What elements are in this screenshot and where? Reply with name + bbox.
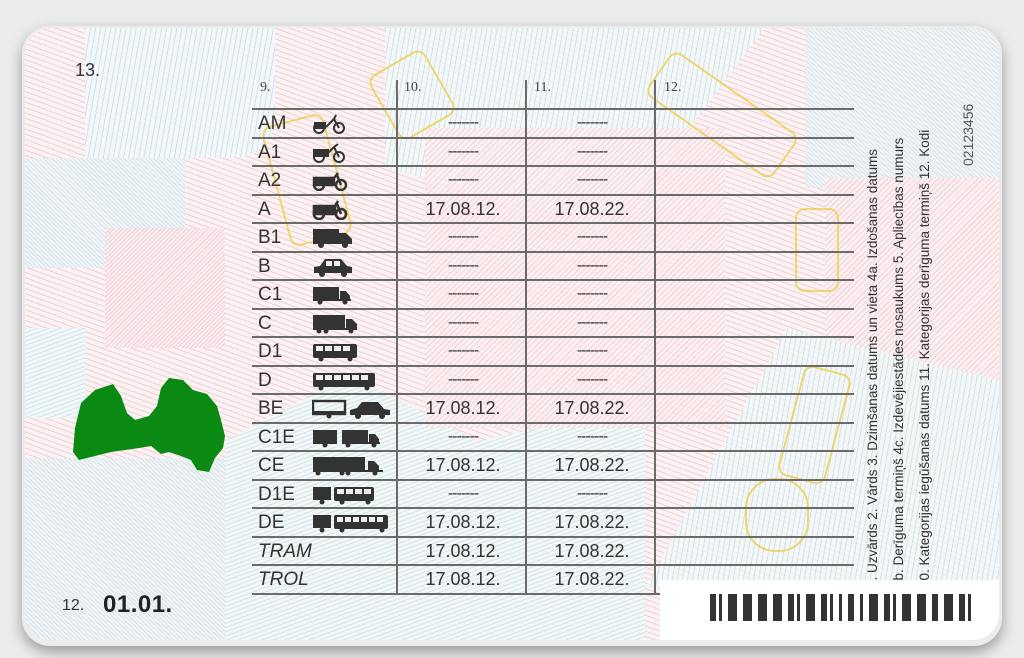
- table-row: A1--------------: [252, 137, 854, 166]
- category-code: CE: [258, 455, 284, 477]
- bus-icon: [312, 371, 376, 391]
- category-code: A2: [258, 170, 281, 192]
- truck-icon: [312, 314, 358, 334]
- category-code: A1: [258, 142, 281, 164]
- table-row: B1--------------: [252, 222, 854, 251]
- table-row: C1--------------: [252, 279, 854, 308]
- serial-number: 02123456: [960, 104, 976, 166]
- category-expiry-date: 17.08.22.: [528, 512, 656, 533]
- heavy-motorcycle-icon: [312, 200, 348, 220]
- table-row: AM--------------: [252, 108, 854, 137]
- category-issue-date: 17.08.12.: [399, 512, 527, 533]
- category-expiry-date: 17.08.22.: [528, 199, 656, 220]
- category-code: C1E: [258, 427, 295, 449]
- minibus-icon: [312, 342, 358, 362]
- category-code: D: [258, 370, 272, 392]
- barcode: [710, 594, 974, 621]
- bus-trailer-icon: [312, 513, 390, 533]
- category-expiry-date: -------: [528, 428, 656, 446]
- category-expiry-date: -------: [528, 342, 656, 360]
- car-icon: [312, 257, 354, 277]
- category-expiry-date: -------: [528, 143, 656, 161]
- table-row: BE17.08.12.17.08.22.: [252, 393, 854, 422]
- car-trailer-icon: [312, 399, 392, 419]
- column-divider: [654, 80, 656, 593]
- category-code: A: [258, 199, 271, 221]
- category-issue-date: -------: [399, 228, 527, 246]
- header-col-9: 9.: [260, 80, 271, 96]
- category-code: D1: [258, 341, 282, 363]
- field-12-label: 12.: [62, 597, 84, 615]
- category-issue-date: 17.08.12.: [399, 398, 527, 419]
- table-row: CE17.08.12.17.08.22.: [252, 450, 854, 479]
- category-expiry-date: -------: [528, 257, 656, 275]
- minibus-trailer-icon: [312, 485, 376, 505]
- category-code: B: [258, 256, 271, 278]
- category-issue-date: 17.08.12.: [399, 569, 527, 590]
- driving-licence-card-back: 13. 9. 10. 11. 12. AM--------------A1---…: [25, 28, 999, 640]
- category-issue-date: -------: [399, 257, 527, 275]
- table-row: A17.08.12.17.08.22.: [252, 194, 854, 223]
- category-code: TRAM: [258, 541, 312, 563]
- light-motorcycle-icon: [312, 143, 346, 163]
- category-issue-date: -------: [399, 371, 527, 389]
- column-divider: [525, 80, 527, 593]
- category-code: AM: [258, 113, 287, 135]
- table-row: C1E--------------: [252, 422, 854, 451]
- moped-icon: [312, 114, 346, 134]
- category-expiry-date: -------: [528, 314, 656, 332]
- table-row: D1--------------: [252, 336, 854, 365]
- category-code: DE: [258, 512, 284, 534]
- category-code: C1: [258, 284, 282, 306]
- category-code: B1: [258, 227, 281, 249]
- category-issue-date: -------: [399, 143, 527, 161]
- latvia-map-icon: [65, 368, 235, 478]
- quadricycle-icon: [312, 228, 354, 248]
- table-row: C--------------: [252, 308, 854, 337]
- table-row: A2--------------: [252, 165, 854, 194]
- table-row: D--------------: [252, 365, 854, 394]
- category-issue-date: -------: [399, 428, 527, 446]
- category-code: D1E: [258, 484, 295, 506]
- category-issue-date: -------: [399, 485, 527, 503]
- field-13-label: 13.: [75, 60, 100, 81]
- legend-line-2: 4b. Derīguma termiņš 4c. Izdevējiestādes…: [891, 138, 906, 588]
- light-truck-icon: [312, 285, 352, 305]
- category-issue-date: 17.08.12.: [399, 199, 527, 220]
- category-expiry-date: -------: [528, 114, 656, 132]
- table-row: D1E--------------: [252, 479, 854, 508]
- category-expiry-date: -------: [528, 285, 656, 303]
- category-expiry-date: -------: [528, 485, 656, 503]
- table-row: DE17.08.12.17.08.22.: [252, 507, 854, 536]
- light-truck-trailer-icon: [312, 428, 382, 448]
- category-code: BE: [258, 398, 283, 420]
- category-issue-date: -------: [399, 342, 527, 360]
- legend-line-3: 10. Kategorijas iegūšanas datums 11. Kat…: [917, 130, 932, 588]
- category-expiry-date: 17.08.22.: [528, 541, 656, 562]
- header-col-12: 12.: [664, 80, 682, 96]
- barcode-area: [660, 580, 999, 640]
- truck-trailer-icon: [312, 456, 384, 476]
- category-expiry-date: -------: [528, 371, 656, 389]
- category-expiry-date: -------: [528, 228, 656, 246]
- category-issue-date: -------: [399, 285, 527, 303]
- category-issue-date: 17.08.12.: [399, 541, 527, 562]
- category-issue-date: 17.08.12.: [399, 455, 527, 476]
- category-issue-date: -------: [399, 171, 527, 189]
- category-expiry-date: -------: [528, 171, 656, 189]
- category-expiry-date: 17.08.22.: [528, 569, 656, 590]
- column-divider: [396, 80, 398, 593]
- category-code: C: [258, 313, 272, 335]
- category-expiry-date: 17.08.22.: [528, 398, 656, 419]
- category-expiry-date: 17.08.22.: [528, 455, 656, 476]
- motorcycle-icon: [312, 171, 348, 191]
- category-issue-date: -------: [399, 314, 527, 332]
- header-col-10: 10.: [404, 80, 422, 96]
- legend-line-1: 1. Uzvārds 2. Vārds 3. Dzimšanas datums …: [865, 149, 880, 588]
- field-12-value: 01.01.: [103, 591, 173, 619]
- category-issue-date: -------: [399, 114, 527, 132]
- table-row: B--------------: [252, 251, 854, 280]
- table-row: TRAM17.08.12.17.08.22.: [252, 536, 854, 565]
- category-code: TROL: [258, 569, 309, 591]
- header-col-11: 11.: [534, 80, 551, 96]
